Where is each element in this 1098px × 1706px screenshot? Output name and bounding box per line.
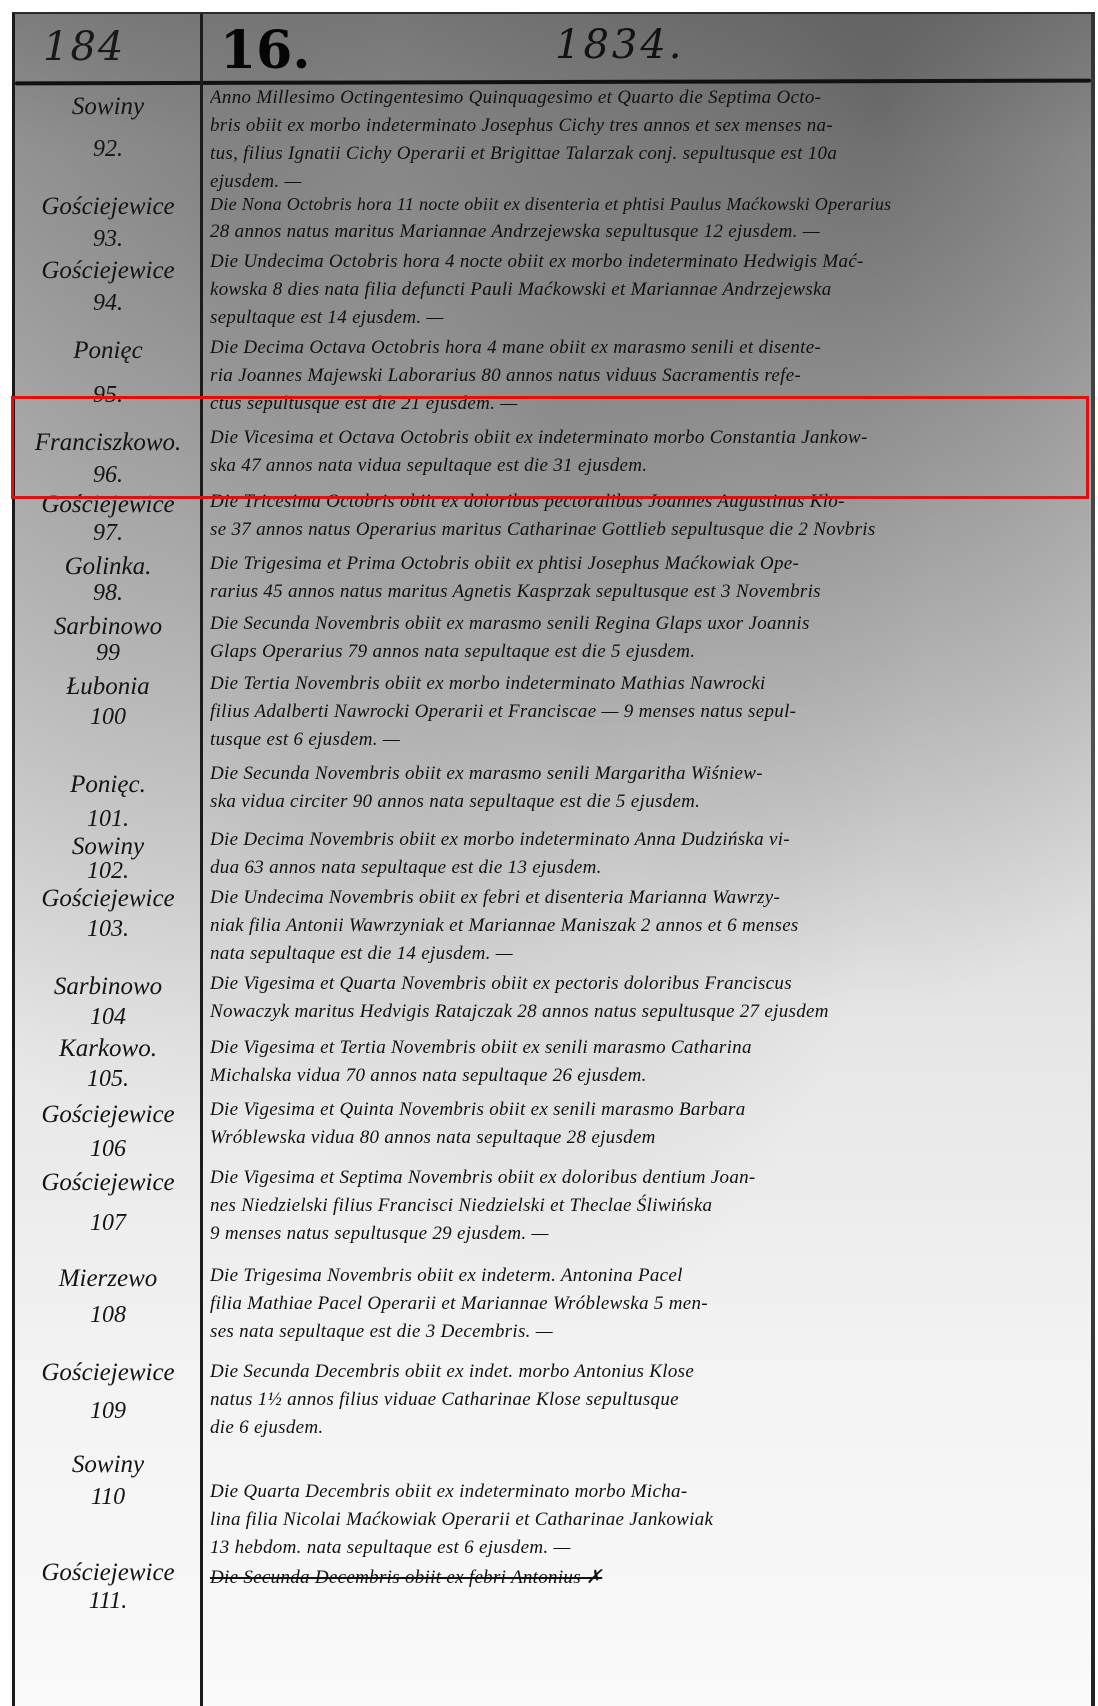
entry-line: Michalska vidua 70 annos nata sepultaque… (210, 1062, 1088, 1090)
entry-line: 28 annos natus maritus Mariannae Andrzej… (210, 218, 1088, 246)
entry-place: Łubonia (19, 672, 197, 702)
entry-text: Die Vigesima et Tertia Novembris obiit e… (210, 1034, 1088, 1090)
entry-line: Die Vigesima et Septima Novembris obiit … (210, 1164, 1088, 1192)
entry-text: Die Tricesima Octobris obiit ex doloribu… (210, 488, 1088, 544)
entry-place: Gościejewice (19, 1168, 197, 1198)
entry-line: Die Vigesima et Quarta Novembris obiit e… (210, 970, 1088, 998)
entry-text: Die Quarta Decembris obiit ex indetermin… (210, 1478, 1088, 1562)
entry-line: Die Quarta Decembris obiit ex indetermin… (210, 1478, 1088, 1506)
entry-place: Gościejewice (19, 884, 197, 914)
entry-line: ctus sepultusque est die 21 ejusdem. — (210, 390, 1088, 418)
entry-line: filius Adalberti Nawrocki Operarii et Fr… (210, 698, 1088, 726)
entry-line-crossed: Die Secunda Decembris obiit ex febri Ant… (210, 1564, 1088, 1592)
entry-number: 106 (19, 1136, 197, 1163)
entry-line: sepultaque est 14 ejusdem. — (210, 304, 1088, 332)
entry-place: Mierzewo (19, 1264, 197, 1294)
entry-text: Die Vigesima et Septima Novembris obiit … (210, 1164, 1088, 1248)
entry-text: Die Trigesima Novembris obiit ex indeter… (210, 1262, 1088, 1346)
entry-number: 101. (19, 806, 197, 833)
entry-number: 110 (19, 1484, 197, 1511)
entry-number: 109 (19, 1398, 197, 1425)
entry-line: nata sepultaque est die 14 ejusdem. — (210, 940, 1088, 968)
entry-line: Wróblewska vidua 80 annos nata sepultaqu… (210, 1124, 1088, 1152)
entry-line: Die Tertia Novembris obiit ex morbo inde… (210, 670, 1088, 698)
entry-text: Die Vigesima et Quinta Novembris obiit e… (210, 1096, 1088, 1152)
entry-line: Die Nona Octobris hora 11 nocte obiit ex… (210, 190, 1088, 218)
entry-number: 111. (19, 1588, 197, 1615)
entry-number: 92. (19, 136, 197, 163)
entry-place: Ponięc. (19, 770, 197, 800)
entry-place: Golinka. (19, 552, 197, 582)
entry-line: natus 1½ annos filius viduae Catharinae … (210, 1386, 1088, 1414)
entry-place: Gościejewice (19, 1100, 197, 1130)
page-number: 184 (43, 24, 125, 70)
entry-line: Die Trigesima et Prima Octobris obiit ex… (210, 550, 1088, 578)
entry-line: die 6 ejusdem. (210, 1414, 1088, 1442)
entry-line: Die Decima Octava Octobris hora 4 mane o… (210, 334, 1088, 362)
entry-place: Gościejewice (19, 1558, 197, 1588)
entry-number: 95. (19, 382, 197, 409)
entry-number: 102. (19, 858, 197, 885)
entry-number: 98. (19, 580, 197, 607)
entry-number: 97. (19, 520, 197, 547)
entry-text: Die Decima Octava Octobris hora 4 mane o… (210, 334, 1088, 418)
entry-line: ria Joannes Majewski Laborarius 80 annos… (210, 362, 1088, 390)
entry-text: Die Secunda Decembris obiit ex indet. mo… (210, 1358, 1088, 1442)
entry-line: Die Undecima Novembris obiit ex febri et… (210, 884, 1088, 912)
entry-place: Franciszkowo. (19, 428, 197, 458)
entry-line: Die Vigesima et Tertia Novembris obiit e… (210, 1034, 1088, 1062)
entry-place: Sarbinowo (19, 612, 197, 642)
entry-line: Die Decima Novembris obiit ex morbo inde… (210, 826, 1088, 854)
entry-text: Die Trigesima et Prima Octobris obiit ex… (210, 550, 1088, 606)
entry-line: Die Secunda Decembris obiit ex indet. mo… (210, 1358, 1088, 1386)
entry-number: 105. (19, 1066, 197, 1093)
entry-number: 96. (19, 462, 197, 489)
folio-mark: 16. (220, 20, 310, 81)
entry-place: Sowiny (19, 92, 197, 122)
entry-line: Die Undecima Octobris hora 4 nocte obiit… (210, 248, 1088, 276)
entry-line: 9 menses natus sepultusque 29 ejusdem. — (210, 1220, 1088, 1248)
entry-line: tus, filius Ignatii Cichy Operarii et Br… (210, 140, 1088, 168)
entry-place: Sowiny (19, 1450, 197, 1480)
entry-text: Die Vigesima et Quarta Novembris obiit e… (210, 970, 1088, 1026)
entry-line: se 37 annos natus Operarius maritus Cath… (210, 516, 1088, 544)
register-page-scan: 184 16. 1834. Sowiny 92. Anno Millesimo … (12, 12, 1095, 1706)
entry-place: Ponięc (19, 336, 197, 366)
entry-line: lina filia Nicolai Maćkowiak Operarii et… (210, 1506, 1088, 1534)
entry-line: Die Tricesima Octobris obiit ex doloribu… (210, 488, 1088, 516)
entry-line: Die Secunda Novembris obiit ex marasmo s… (210, 610, 1088, 638)
entry-place: Gościejewice (19, 1358, 197, 1388)
entry-line: nes Niedzielski filius Francisci Niedzie… (210, 1192, 1088, 1220)
entry-text: Die Vicesima et Octava Octobris obiit ex… (210, 424, 1088, 480)
entry-place: Sarbinowo (19, 972, 197, 1002)
entry-number: 93. (19, 226, 197, 253)
entry-line: ska vidua circiter 90 annos nata sepulta… (210, 788, 1088, 816)
entry-text: Anno Millesimo Octingentesimo Quinquages… (210, 84, 1088, 196)
column-divider (200, 14, 203, 1706)
entry-line: Die Vigesima et Quinta Novembris obiit e… (210, 1096, 1088, 1124)
entry-line: tusque est 6 ejusdem. — (210, 726, 1088, 754)
entry-text: Die Secunda Novembris obiit ex marasmo s… (210, 760, 1088, 816)
entry-number: 104 (19, 1004, 197, 1031)
entry-line: Anno Millesimo Octingentesimo Quinquages… (210, 84, 1088, 112)
entry-line: dua 63 annos nata sepultaque est die 13 … (210, 854, 1088, 882)
register-year: 1834. (555, 22, 685, 68)
entry-text: Die Undecima Novembris obiit ex febri et… (210, 884, 1088, 968)
entry-place: Gościejewice (19, 256, 197, 286)
entry-number: 100 (19, 704, 197, 731)
entry-place: Gościejewice (19, 192, 197, 222)
entry-text: Die Secunda Novembris obiit ex marasmo s… (210, 610, 1088, 666)
entry-line: ska 47 annos nata vidua sepultaque est d… (210, 452, 1088, 480)
entry-number: 103. (19, 916, 197, 943)
entry-line: Die Vicesima et Octava Octobris obiit ex… (210, 424, 1088, 452)
entry-line: 13 hebdom. nata sepultaque est 6 ejusdem… (210, 1534, 1088, 1562)
entry-number: 107 (19, 1210, 197, 1237)
entry-text: Die Tertia Novembris obiit ex morbo inde… (210, 670, 1088, 754)
entry-text: Die Nona Octobris hora 11 nocte obiit ex… (210, 190, 1088, 246)
entry-number: 99 (19, 640, 197, 667)
entry-line: Die Trigesima Novembris obiit ex indeter… (210, 1262, 1088, 1290)
entry-text: Die Secunda Decembris obiit ex febri Ant… (210, 1564, 1088, 1592)
entry-number: 94. (19, 290, 197, 317)
entry-line: kowska 8 dies nata filia defuncti Pauli … (210, 276, 1088, 304)
entry-line: Die Secunda Novembris obiit ex marasmo s… (210, 760, 1088, 788)
entry-line: Nowaczyk maritus Hedvigis Ratajczak 28 a… (210, 998, 1088, 1026)
entry-place: Gościejewice (19, 490, 197, 520)
entry-text: Die Undecima Octobris hora 4 nocte obiit… (210, 248, 1088, 332)
entry-line: bris obiit ex morbo indeterminato Joseph… (210, 112, 1088, 140)
entry-line: Glaps Operarius 79 annos nata sepultaque… (210, 638, 1088, 666)
entry-line: niak filia Antonii Wawrzyniak et Mariann… (210, 912, 1088, 940)
entry-place: Karkowo. (19, 1034, 197, 1064)
entry-line: rarius 45 annos natus maritus Agnetis Ka… (210, 578, 1088, 606)
entry-text: Die Decima Novembris obiit ex morbo inde… (210, 826, 1088, 882)
entry-number: 108 (19, 1302, 197, 1329)
entry-line: filia Mathiae Pacel Operarii et Marianna… (210, 1290, 1088, 1318)
entry-line: ses nata sepultaque est die 3 Decembris.… (210, 1318, 1088, 1346)
